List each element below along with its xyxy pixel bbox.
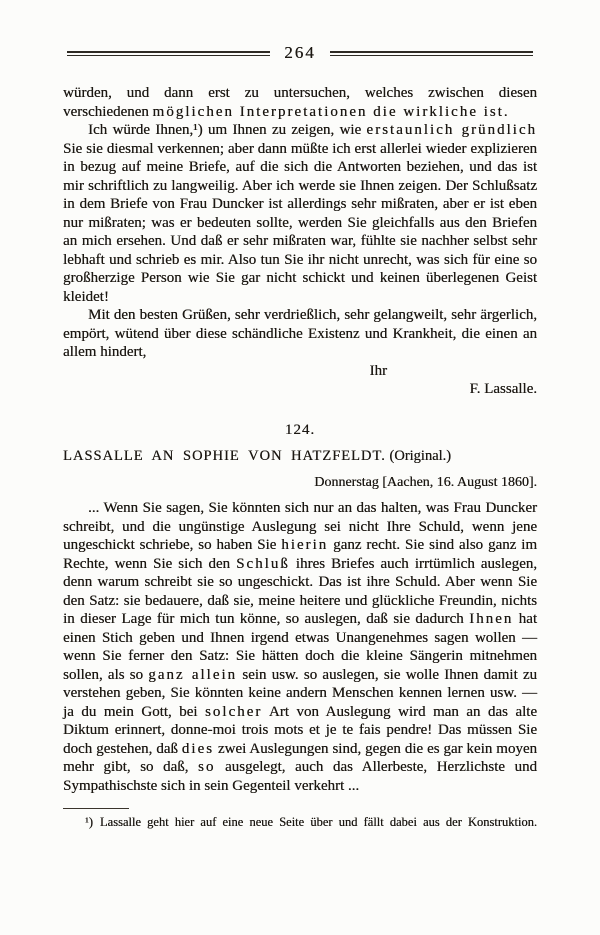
footnote-text: Lassalle geht hier auf eine neue Seite ü… bbox=[100, 815, 537, 829]
letter-number: 124. bbox=[63, 421, 537, 440]
letter-124-body: ... Wenn Sie sagen, Sie könnten sich nur… bbox=[63, 499, 537, 795]
header-rule-right bbox=[330, 51, 533, 56]
letterspaced-emphasis: so bbox=[198, 759, 215, 775]
footnote-rule bbox=[63, 808, 129, 809]
text-run: Ich würde Ihnen,¹) um Ihnen zu zeigen, w… bbox=[88, 122, 366, 138]
text-run: Mit den besten Grüßen, sehr verdrießlich… bbox=[63, 307, 537, 360]
page-number: 264 bbox=[284, 44, 316, 62]
book-page: 264 würden, und dann erst zu untersuchen… bbox=[0, 0, 600, 935]
letter-heading-note: (Original.) bbox=[389, 448, 451, 464]
paragraph: Ich würde Ihnen,¹) um Ihnen zu zeigen, w… bbox=[63, 121, 537, 306]
paragraph: ... Wenn Sie sagen, Sie könnten sich nur… bbox=[63, 499, 537, 795]
letterspaced-emphasis: Schluß bbox=[236, 556, 290, 572]
letterspaced-emphasis: möglichen Interpretationen die wirkliche… bbox=[153, 104, 510, 120]
letter-123-continuation: würden, und dann erst zu untersuchen, we… bbox=[63, 84, 537, 362]
footnote-marker: ¹) bbox=[85, 815, 93, 829]
page-header: 264 bbox=[67, 44, 533, 62]
header-rule-left bbox=[67, 51, 270, 56]
letterspaced-emphasis: hierin bbox=[281, 537, 328, 553]
letterspaced-emphasis: dies bbox=[182, 741, 214, 757]
letter-signature: F. Lassalle. bbox=[63, 380, 537, 399]
footnote: ¹)Lassalle geht hier auf eine neue Seite… bbox=[63, 814, 537, 830]
letter-closing: Ihr bbox=[63, 362, 537, 381]
letter-dateline: Donnerstag [Aachen, 16. August 1860]. bbox=[63, 474, 537, 493]
letterspaced-emphasis: solcher bbox=[205, 704, 262, 720]
text-run: Sie sie diesmal verkennen; aber dann müß… bbox=[63, 141, 537, 305]
paragraph: Mit den besten Grüßen, sehr verdrießlich… bbox=[63, 306, 537, 362]
letter-heading-title: LASSALLE AN SOPHIE VON HATZFELDT. bbox=[63, 448, 386, 464]
letterspaced-emphasis: ganz allein bbox=[148, 667, 237, 683]
text-block: würden, und dann erst zu untersuchen, we… bbox=[63, 84, 537, 830]
letterspaced-emphasis: Ihnen bbox=[469, 611, 513, 627]
letterspaced-emphasis: erstaunlich gründlich bbox=[366, 122, 537, 138]
paragraph: würden, und dann erst zu untersuchen, we… bbox=[63, 84, 537, 121]
letter-heading: LASSALLE AN SOPHIE VON HATZFELDT. (Origi… bbox=[63, 447, 537, 466]
